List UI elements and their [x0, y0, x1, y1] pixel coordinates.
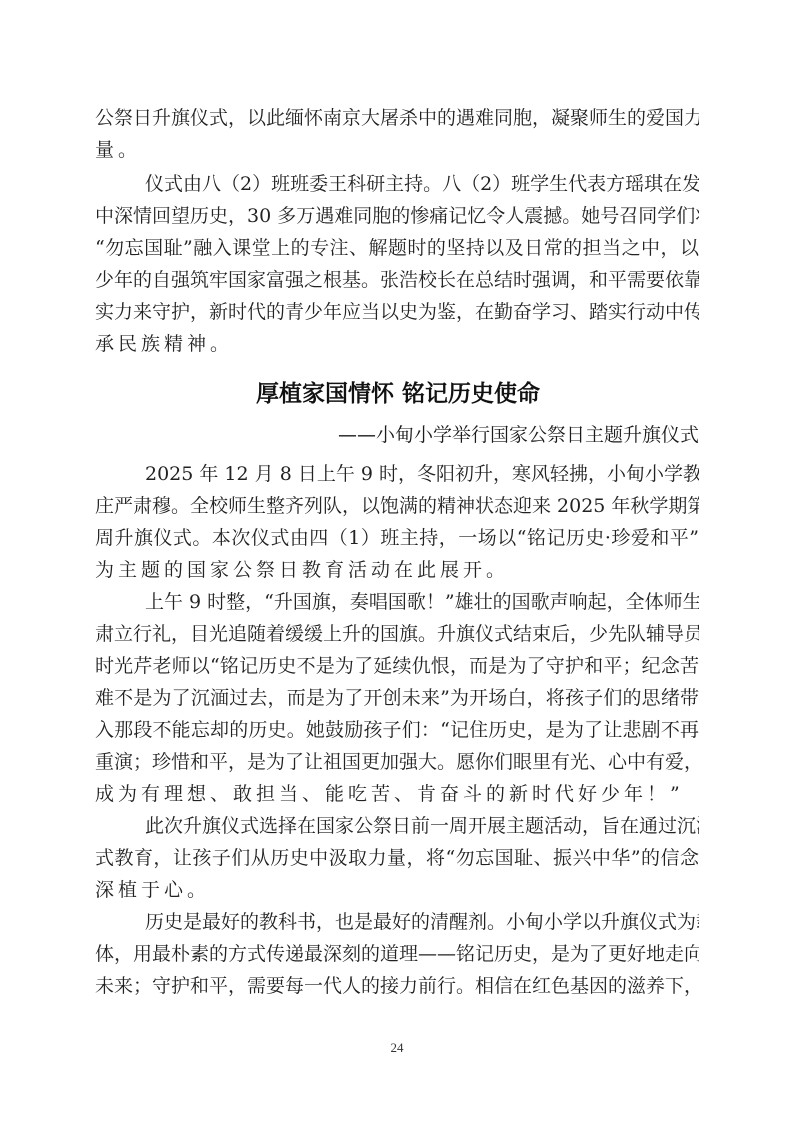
text-line: 周升旗仪式。本次仪式由四（1）班主持，一场以“铭记历史·珍爱和平” [95, 522, 699, 554]
text-line: 中深情回望历史，30 多万遇难同胞的惨痛记忆令人震撼。她号召同学们将 [95, 200, 699, 232]
text-line: 实力来守护，新时代的青少年应当以史为鉴，在勤奋学习、踏实行动中传 [95, 296, 699, 328]
text-line: 公祭日升旗仪式，以此缅怀南京大屠杀中的遇难同胞，凝聚师生的爱国力 [95, 102, 699, 134]
text-line: 式教育，让孩子们从历史中汲取力量，将“勿忘国耻、振兴中华”的信念 [95, 842, 699, 874]
text-line: “勿忘国耻”融入课堂上的专注、解题时的坚持以及日常的担当之中，以 [95, 232, 699, 264]
article-paragraph-1: 2025 年 12 月 8 日上午 9 时，冬阳初升，寒风轻拂，小甸小学教学楼前… [95, 458, 699, 586]
text-line: 体，用最朴素的方式传递最深刻的道理——铭记历史，是为了更好地走向 [95, 938, 699, 970]
text-line: 此次升旗仪式选择在国家公祭日前一周开展主题活动，旨在通过沉浸 [95, 810, 699, 842]
article-subtitle: ——小甸小学举行国家公祭日主题升旗仪式 [338, 421, 698, 449]
paragraph-host-speech: 仪式由八（2）班班委王科研主持。八（2）班学生代表方瑶琪在发言 中深情回望历史，… [95, 168, 699, 360]
document-page: 公祭日升旗仪式，以此缅怀南京大屠杀中的遇难同胞，凝聚师生的爱国力 量。 仪式由八… [0, 0, 794, 1122]
paragraph-continued: 公祭日升旗仪式，以此缅怀南京大屠杀中的遇难同胞，凝聚师生的爱国力 量。 [95, 102, 699, 166]
text-line: 时光芹老师以“铭记历史不是为了延续仇恨，而是为了守护和平；纪念苦 [95, 650, 699, 682]
text-line: 仪式由八（2）班班委王科研主持。八（2）班学生代表方瑶琪在发言 [95, 168, 699, 200]
text-line: 历史是最好的教科书，也是最好的清醒剂。小甸小学以升旗仪式为载 [95, 906, 699, 938]
article-title: 厚植家国情怀 铭记历史使命 [0, 379, 794, 409]
text-line: 上午 9 时整，“升国旗，奏唱国歌！”雄壮的国歌声响起，全体师生 [95, 586, 699, 618]
article-paragraph-3: 此次升旗仪式选择在国家公祭日前一周开展主题活动，旨在通过沉浸 式教育，让孩子们从… [95, 810, 699, 906]
text-line: 成为有理想、敢担当、能吃苦、肯奋斗的新时代好少年！” [95, 778, 699, 810]
text-line: 庄严肃穆。全校师生整齐列队，以饱满的精神状态迎来 2025 年秋学期第 15 [95, 490, 699, 522]
text-line: 入那段不能忘却的历史。她鼓励孩子们：“记住历史，是为了让悲剧不再 [95, 714, 699, 746]
text-line: 量。 [95, 134, 699, 166]
text-line: 2025 年 12 月 8 日上午 9 时，冬阳初升，寒风轻拂，小甸小学教学楼前 [95, 458, 699, 490]
text-line: 肃立行礼，目光追随着缓缓上升的国旗。升旗仪式结束后，少先队辅导员 [95, 618, 699, 650]
text-line: 重演；珍惜和平，是为了让祖国更加强大。愿你们眼里有光、心中有爱， [95, 746, 699, 778]
text-line: 为主题的国家公祭日教育活动在此展开。 [95, 554, 699, 586]
page-number: 24 [0, 1039, 794, 1057]
text-line: 未来；守护和平，需要每一代人的接力前行。相信在红色基因的滋养下， [95, 970, 699, 1002]
article-paragraph-2: 上午 9 时整，“升国旗，奏唱国歌！”雄壮的国歌声响起，全体师生 肃立行礼，目光… [95, 586, 699, 810]
article-paragraph-4: 历史是最好的教科书，也是最好的清醒剂。小甸小学以升旗仪式为载 体，用最朴素的方式… [95, 906, 699, 1002]
text-line: 深植于心。 [95, 874, 699, 906]
text-line: 难不是为了沉湎过去，而是为了开创未来”为开场白，将孩子们的思绪带 [95, 682, 699, 714]
text-line: 少年的自强筑牢国家富强之根基。张浩校长在总结时强调，和平需要依靠 [95, 264, 699, 296]
text-line: 承民族精神。 [95, 328, 699, 360]
